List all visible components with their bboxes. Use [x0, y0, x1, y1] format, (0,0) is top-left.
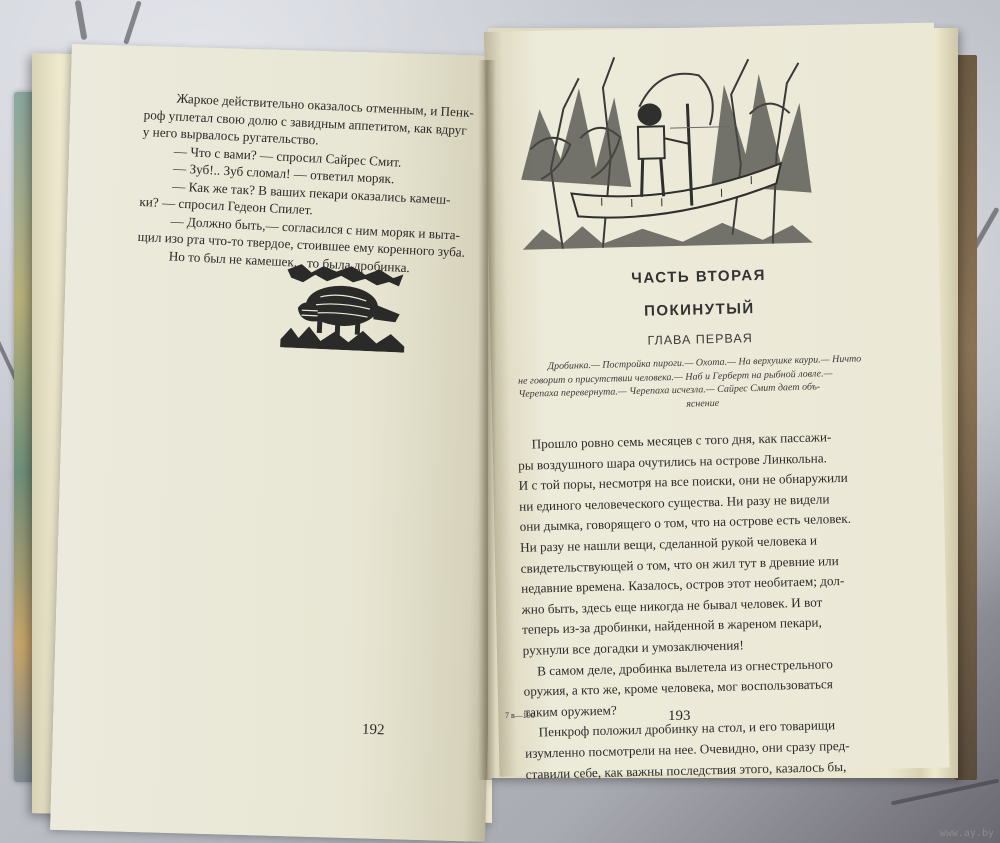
watermark: www.ay.by — [940, 828, 994, 839]
part-subtitle: ПОКИНУТЫЙ — [514, 297, 884, 323]
part-title: ЧАСТЬ ВТОРАЯ — [513, 264, 883, 290]
chapter-title: ГЛАВА ПЕРВАЯ — [515, 328, 885, 351]
right-page-body: Прошло ровно семь месяцев с того дня, ка… — [517, 426, 895, 785]
photo-scene: Жаркое действительно оказалось отменным,… — [0, 0, 1000, 843]
right-page-content: ЧАСТЬ ВТОРАЯ ПОКИНУТЫЙ ГЛАВА ПЕРВАЯ Дроб… — [508, 41, 896, 785]
chapter-summary: Дробинка.— Постройка пироги.— Охота.— На… — [516, 352, 887, 415]
page-number-left: 192 — [362, 722, 385, 740]
marble-vein — [891, 779, 999, 806]
canoe-jungle-illustration — [518, 43, 813, 260]
wild-boar-illustration — [278, 259, 410, 352]
page-number-right: 193 — [668, 708, 691, 725]
marble-vein — [123, 0, 142, 44]
book-cover-right — [955, 55, 977, 780]
marble-vein — [75, 0, 88, 40]
printer-signature-mark: 7 в—190 — [505, 711, 535, 720]
left-page-text: Жаркое действительно оказалось отменным,… — [136, 88, 484, 279]
